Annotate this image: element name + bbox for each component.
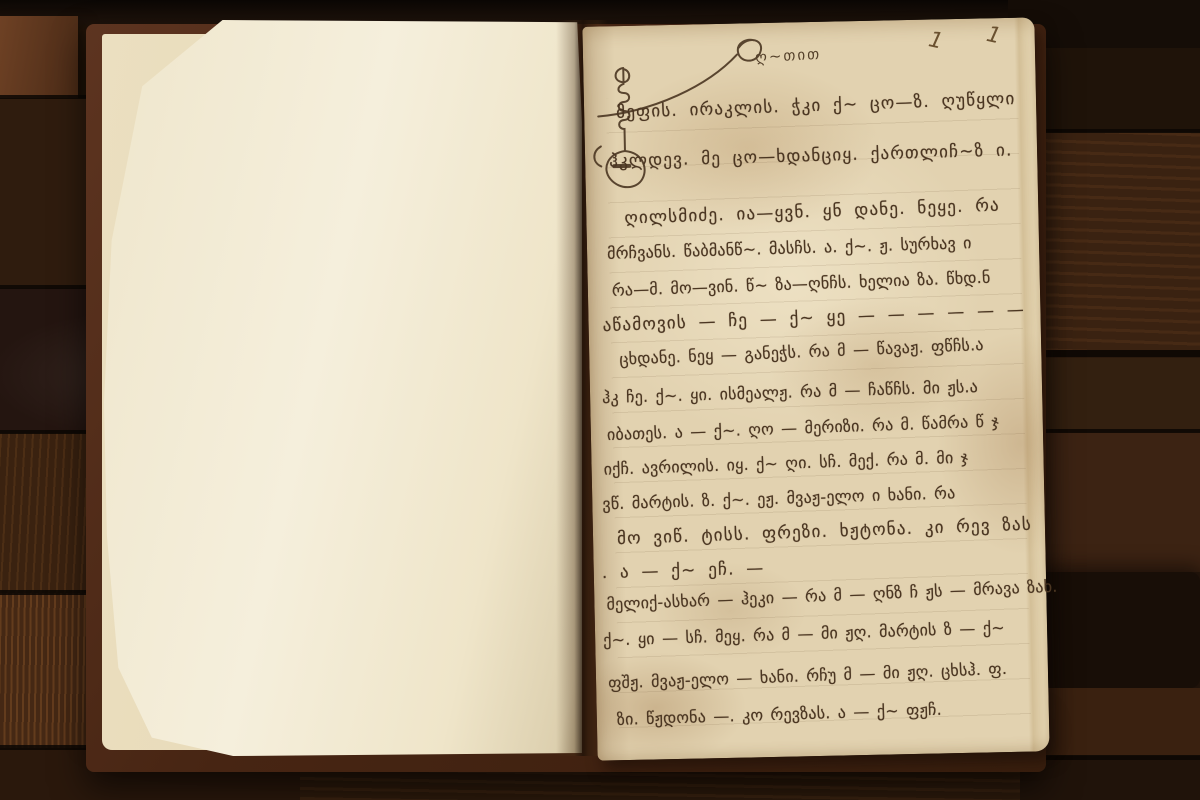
page-number: 1	[984, 22, 1003, 49]
page-number: 1	[926, 27, 945, 54]
blank-left-page	[104, 20, 582, 756]
manuscript-right-page: ღ~თით 1 1 მეფის. ირაკლის. ჭკი ქ~ ცო—ზ. ღ…	[582, 17, 1049, 760]
photo-open-manuscript-book: ღ~თით 1 1 მეფის. ირაკლის. ჭკი ქ~ ცო—ზ. ღ…	[0, 0, 1200, 800]
page-heading: ღ~თით	[755, 45, 822, 67]
